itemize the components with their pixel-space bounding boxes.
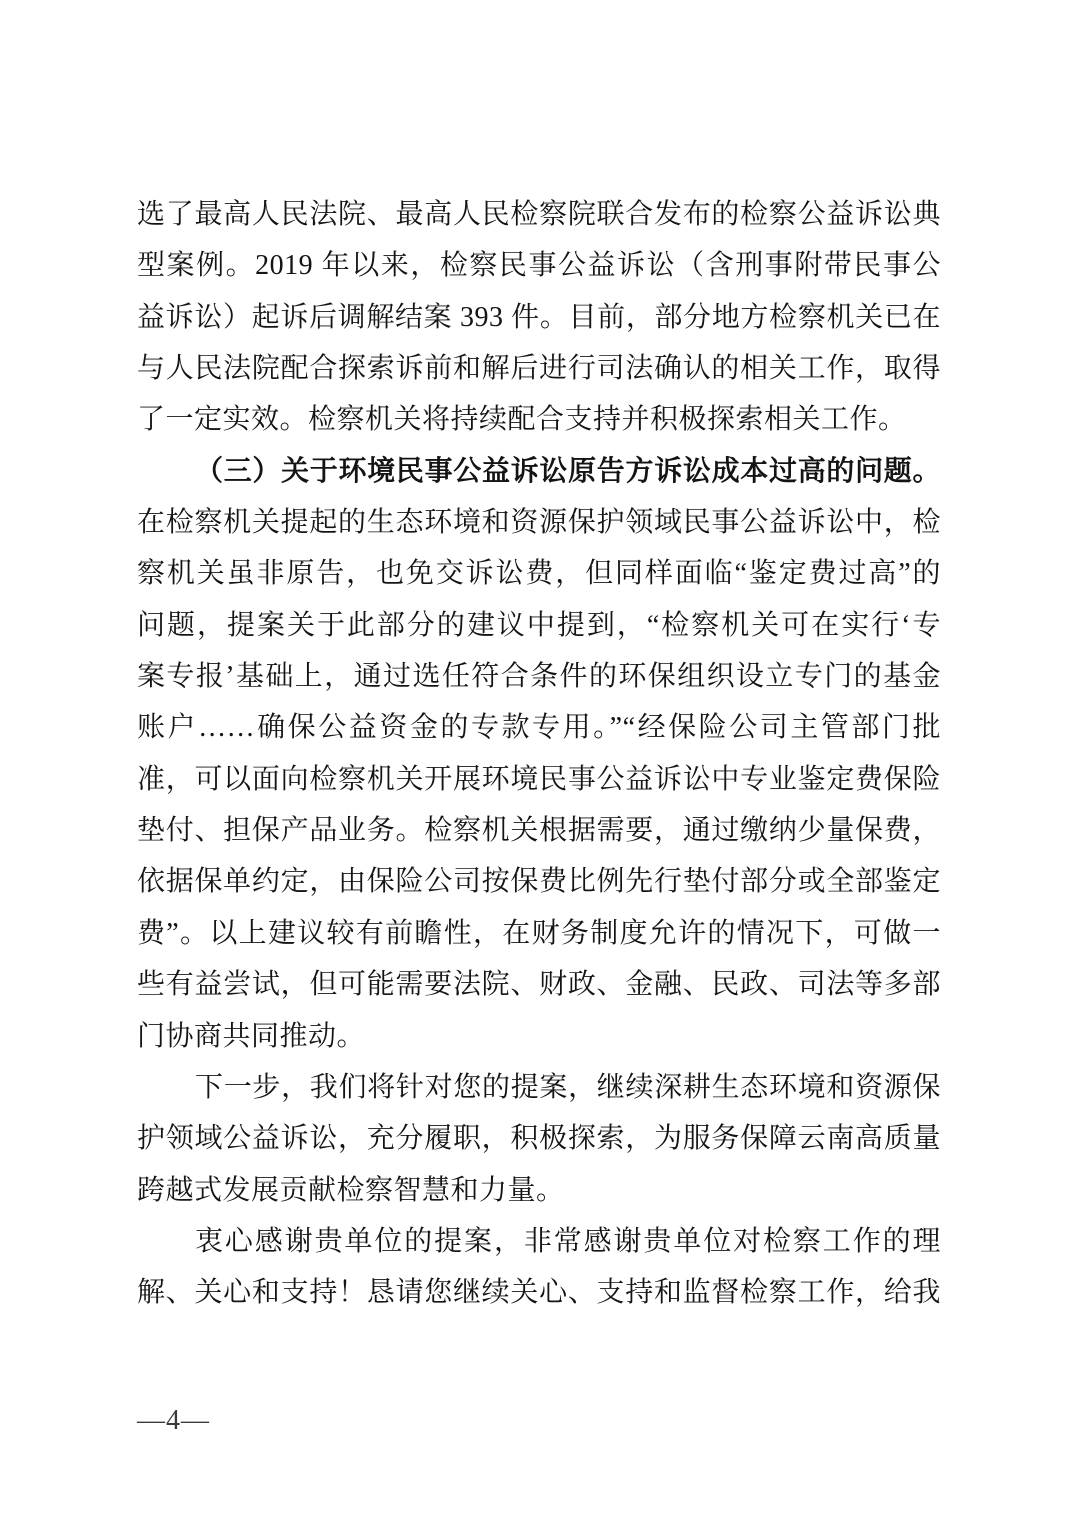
body-text-line: 解、关心和支持！恳请您继续关心、支持和监督检察工作，给我 <box>137 1267 941 1318</box>
body-text-line: 衷心感谢贵单位的提案，非常感谢贵单位对检察工作的理 <box>137 1216 941 1267</box>
body-text-line: 型案例。2019 年以来，检察民事公益诉讼（含刑事附带民事公 <box>137 240 941 291</box>
body-text-line: 依据保单约定，由保险公司按保费比例先行垫付部分或全部鉴定 <box>137 856 941 907</box>
document-body: 选了最高人民法院、最高人民检察院联合发布的检察公益诉讼典型案例。2019 年以来… <box>137 189 941 1319</box>
body-text-line: 垫付、担保产品业务。检察机关根据需要，通过缴纳少量保费， <box>137 805 941 856</box>
section-heading-line: （三）关于环境民事公益诉讼原告方诉讼成本过高的问题。 <box>137 446 941 497</box>
body-text-line: 选了最高人民法院、最高人民检察院联合发布的检察公益诉讼典 <box>137 189 941 240</box>
body-text-line: 与人民法院配合探索诉前和解后进行司法确认的相关工作，取得 <box>137 343 941 394</box>
body-text-line: 问题，提案关于此部分的建议中提到，“检察机关可在实行‘专 <box>137 600 941 651</box>
body-text-line: 案专报’基础上，通过选任符合条件的环保组织设立专门的基金 <box>137 651 941 702</box>
body-text-line: 门协商共同推动。 <box>137 1011 941 1062</box>
body-text-line: 了一定实效。检察机关将持续配合支持并积极探索相关工作。 <box>137 394 941 445</box>
document-page: 选了最高人民法院、最高人民检察院联合发布的检察公益诉讼典型案例。2019 年以来… <box>0 0 1074 1520</box>
page-number: —4— <box>137 1404 210 1438</box>
body-text-line: 在检察机关提起的生态环境和资源保护领域民事公益诉讼中，检 <box>137 497 941 548</box>
body-text-line: 准，可以面向检察机关开展环境民事公益诉讼中专业鉴定费保险 <box>137 754 941 805</box>
body-text-line: 察机关虽非原告，也免交诉讼费，但同样面临“鉴定费过高”的 <box>137 548 941 599</box>
body-text-line: 护领域公益诉讼，充分履职，积极探索，为服务保障云南高质量 <box>137 1113 941 1164</box>
body-text-line: 益诉讼）起诉后调解结案 393 件。目前，部分地方检察机关已在 <box>137 292 941 343</box>
body-text-line: 账户……确保公益资金的专款专用。”“经保险公司主管部门批 <box>137 702 941 753</box>
body-text-line: 些有益尝试，但可能需要法院、财政、金融、民政、司法等多部 <box>137 959 941 1010</box>
body-text-line: 跨越式发展贡献检察智慧和力量。 <box>137 1165 941 1216</box>
body-text-line: 下一步，我们将针对您的提案，继续深耕生态环境和资源保 <box>137 1062 941 1113</box>
body-text-line: 费”。以上建议较有前瞻性，在财务制度允许的情况下，可做一 <box>137 908 941 959</box>
